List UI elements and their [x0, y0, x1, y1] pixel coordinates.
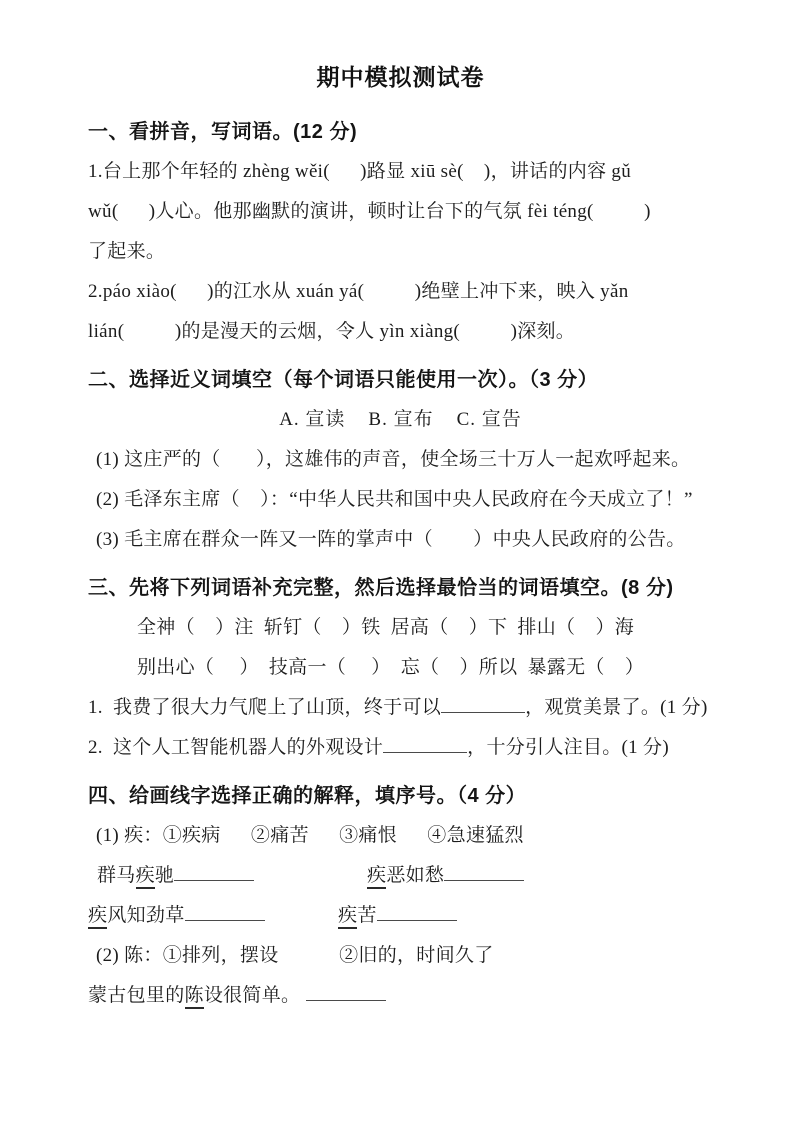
pinyin-question-line-3: 了起来。 — [88, 232, 713, 272]
idiom-row-2: 别出心（ ） 技高一（ ） 忘（ ）所以 暴露无（ ） — [88, 648, 713, 688]
section-3-heading: 三、先将下列词语补充完整，然后选择最恰当的词语填空。(8 分) — [88, 568, 713, 608]
word-pair-1-pre: 群马 — [97, 865, 136, 886]
final-sentence: 蒙古包里的陈设很简单。 — [88, 976, 713, 1016]
synonym-item-1: (1) 这庄严的（ ），这雄伟的声音，使全场三十万人一起欢呼起来。 — [88, 440, 713, 480]
word-pair-3: 疾风知劲草 — [88, 896, 338, 936]
page-title: 期中模拟测试卷 — [88, 58, 713, 96]
underlined-char: 疾 — [367, 865, 386, 889]
final-sentence-post: 设很简单。 — [204, 985, 301, 1006]
word-pair-2: 疾恶如愁 — [338, 856, 713, 896]
underlined-char: 疾 — [338, 905, 357, 929]
idiom-row-1: 全神（ ）注 斩钉（ ）铁 居高（ ）下 排山（ ）海 — [88, 608, 713, 648]
answer-blank — [306, 986, 386, 1001]
pinyin-question-line-2: wǔ( )人心。他那幽默的演讲，顿时让台下的气氛 fèi téng( ) — [88, 192, 713, 232]
word-pair-3-post: 风知劲草 — [107, 905, 184, 926]
synonym-item-3: (3) 毛主席在群众一阵又一阵的掌声中（ ）中央人民政府的公告。 — [88, 520, 713, 560]
word-pair-grid: 群马疾驰 疾恶如愁 疾风知劲草 疾苦 — [88, 856, 713, 936]
word-pair-2-post: 恶如愁 — [386, 865, 444, 886]
explanation-question-1: (1) 疾：①疾病 ②痛苦 ③痛恨 ④急速猛烈 — [88, 816, 713, 856]
final-sentence-pre: 蒙古包里的 — [88, 985, 185, 1006]
fill-question-1-post: ，观赏美景了。(1 分) — [525, 697, 708, 718]
answer-blank — [174, 866, 254, 881]
section-4-heading: 四、给画线字选择正确的解释，填序号。（4 分） — [88, 776, 713, 816]
answer-blank — [185, 906, 265, 921]
synonym-item-2: (2) 毛泽东主席（ ）：“中华人民共和国中央人民政府在今天成立了！” — [88, 480, 713, 520]
answer-blank — [383, 738, 467, 753]
pinyin-question-line-4: 2.páo xiào( )的江水从 xuán yá( )绝壁上冲下来，映入 yǎ… — [88, 272, 713, 312]
answer-blank — [441, 698, 525, 713]
section-1-heading: 一、看拼音，写词语。(12 分) — [88, 112, 713, 152]
fill-question-2-post: ，十分引人注目。(1 分) — [467, 737, 669, 758]
test-paper-page: 期中模拟测试卷 一、看拼音，写词语。(12 分) 1.台上那个年轻的 zhèng… — [0, 0, 793, 1122]
underlined-char: 疾 — [136, 865, 155, 889]
fill-question-2-pre: 2. 这个人工智能机器人的外观设计 — [88, 737, 383, 758]
underlined-char: 陈 — [185, 985, 204, 1009]
fill-question-1-pre: 1. 我费了很大力气爬上了山顶，终于可以 — [88, 697, 441, 718]
synonym-options-line: A. 宣读 B. 宣布 C. 宣告 — [88, 400, 713, 440]
word-pair-4: 疾苦 — [338, 896, 713, 936]
pinyin-question-line-1: 1.台上那个年轻的 zhèng wěi( )路显 xiū sè( )，讲话的内容… — [88, 152, 713, 192]
word-pair-1-post: 驰 — [155, 865, 174, 886]
pinyin-question-line-5: lián( )的是漫天的云烟，令人 yìn xiàng( )深刻。 — [88, 312, 713, 352]
word-pair-4-post: 苦 — [357, 905, 376, 926]
answer-blank — [377, 906, 457, 921]
explanation-question-2: (2) 陈：①排列，摆设 ②旧的，时间久了 — [88, 936, 713, 976]
answer-blank — [444, 866, 524, 881]
section-2-heading: 二、选择近义词填空（每个词语只能使用一次）。（3 分） — [88, 360, 713, 400]
word-pair-1: 群马疾驰 — [88, 856, 338, 896]
underlined-char: 疾 — [88, 905, 107, 929]
fill-question-2: 2. 这个人工智能机器人的外观设计，十分引人注目。(1 分) — [88, 728, 713, 768]
fill-question-1: 1. 我费了很大力气爬上了山顶，终于可以，观赏美景了。(1 分) — [88, 688, 713, 728]
